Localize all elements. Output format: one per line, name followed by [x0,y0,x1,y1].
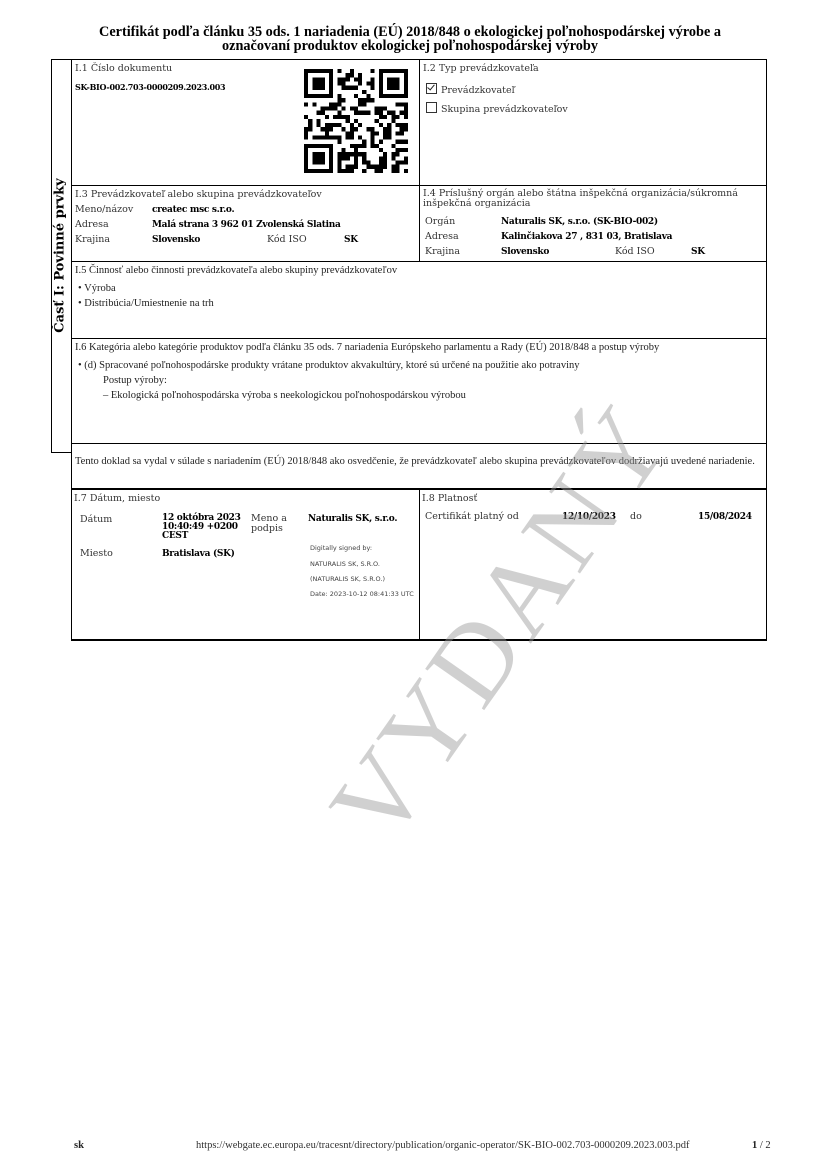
control-body-iso: SK [691,247,705,257]
iso-label: Kód ISO [267,234,307,245]
document-title: Certifikát podľa článku 35 ods. 1 nariad… [78,25,743,53]
option-label: Skupina prevádzkovateľov [441,104,568,115]
footer-url[interactable]: https://webgate.ec.europa.eu/tracesnt/di… [196,1140,689,1151]
section-1-3: I.3 Prevádzkovateľ alebo skupina prevádz… [71,185,420,262]
section-1-4-label: I.4 Príslušný orgán alebo štátna inšpekč… [423,189,753,209]
operator-country: Slovensko [152,235,200,245]
operator-name: createc msc s.r.o. [152,205,234,215]
section-1-7: I.7 Dátum, miesto Dátum 12 októbra 2023 … [71,488,420,641]
address-label: Adresa [75,219,109,230]
section-1-1-label: I.1 Číslo dokumentu [75,63,172,74]
operator-address: Malá strana 3 962 01 Zvolenská Slatina [152,220,341,230]
control-body-country: Slovensko [501,247,549,257]
section-1-5-label: I.5 Činnosť alebo činnosti prevádzkovate… [75,265,397,276]
signer-name: Naturalis SK, s.r.o. [308,514,397,524]
section-1-7-label: I.7 Dátum, miesto [74,493,160,504]
issue-date: 12 októbra 2023 10:40:49 +0200 CEST [162,514,242,541]
checkbox-unchecked-icon[interactable] [426,102,437,113]
body-label: Orgán [425,216,455,227]
sign-label: Meno a podpis [251,514,301,534]
address-label: Adresa [425,231,459,242]
operator-iso: SK [344,235,358,245]
statement-text: Tento doklad sa vydal v súlade s nariade… [75,457,763,467]
operator-type-option[interactable]: Prevádzkovateľ [426,83,515,96]
section-1-6: I.6 Kategória alebo kategórie produktov … [71,338,767,444]
page-current: 1 [752,1140,757,1151]
qr-code-icon [304,69,408,173]
production-process: – Ekologická poľnohospodárska výroba s n… [103,390,466,401]
control-body-address: Kalinčiakova 27 , 831 03, Bratislava [501,232,672,242]
checkbox-checked-icon[interactable] [426,83,437,94]
signature-line: Date: 2023-10-12 08:41:33 UTC [310,590,414,598]
option-label: Prevádzkovateľ [441,85,515,96]
page-indicator: 1 / 2 [752,1140,771,1151]
valid-from-label: Certifikát platný od [425,511,519,522]
side-label-text: Časť I: Povinné prvky [53,178,68,332]
valid-to-label: do [630,511,642,522]
iso-label: Kód ISO [615,246,655,257]
place-label: Miesto [80,548,113,559]
document-number: SK-BIO-002.703-0000209.2023.003 [75,82,225,92]
issue-place: Bratislava (SK) [162,549,235,559]
statement-box: Tento doklad sa vydal v súlade s nariade… [71,443,767,490]
signature-line: NATURALIS SK, S.R.O. [310,560,380,568]
valid-to-date: 15/08/2024 [698,512,752,522]
valid-from-date: 12/10/2023 [562,512,616,522]
section-1-8-label: I.8 Platnosť [422,493,477,504]
section-1-2: I.2 Typ prevádzkovateľa Prevádzkovateľ S… [419,59,767,186]
section-1-5: I.5 Činnosť alebo činnosti prevádzkovate… [71,261,767,339]
signature-line: (NATURALIS SK, S.R.O.) [310,575,385,583]
process-label: Postup výroby: [103,375,167,386]
date-label: Dátum [80,514,112,525]
control-body: Naturalis SK, s.r.o. (SK-BIO-002) [501,217,658,227]
section-1-6-label: I.6 Kategória alebo kategórie produktov … [75,342,659,353]
activity-item: • Výroba [78,283,116,294]
section-1-2-label: I.2 Typ prevádzkovateľa [423,63,539,74]
product-category: • (d) Spracované poľnohospodárske produk… [78,360,580,371]
section-1-8: I.8 Platnosť Certifikát platný od 12/10/… [419,488,767,641]
operator-group-option[interactable]: Skupina prevádzkovateľov [426,102,568,115]
section-1-3-label: I.3 Prevádzkovateľ alebo skupina prevádz… [75,189,322,200]
name-label: Meno/názov [75,204,133,215]
country-label: Krajina [75,234,110,245]
activity-item: • Distribúcia/Umiestnenie na trh [78,298,214,309]
signature-line: Digitally signed by: [310,544,372,552]
footer-language: sk [74,1140,84,1151]
country-label: Krajina [425,246,460,257]
section-1-4: I.4 Príslušný orgán alebo štátna inšpekč… [419,185,767,262]
page-total: / 2 [760,1140,771,1151]
side-label: Časť I: Povinné prvky [51,59,70,451]
